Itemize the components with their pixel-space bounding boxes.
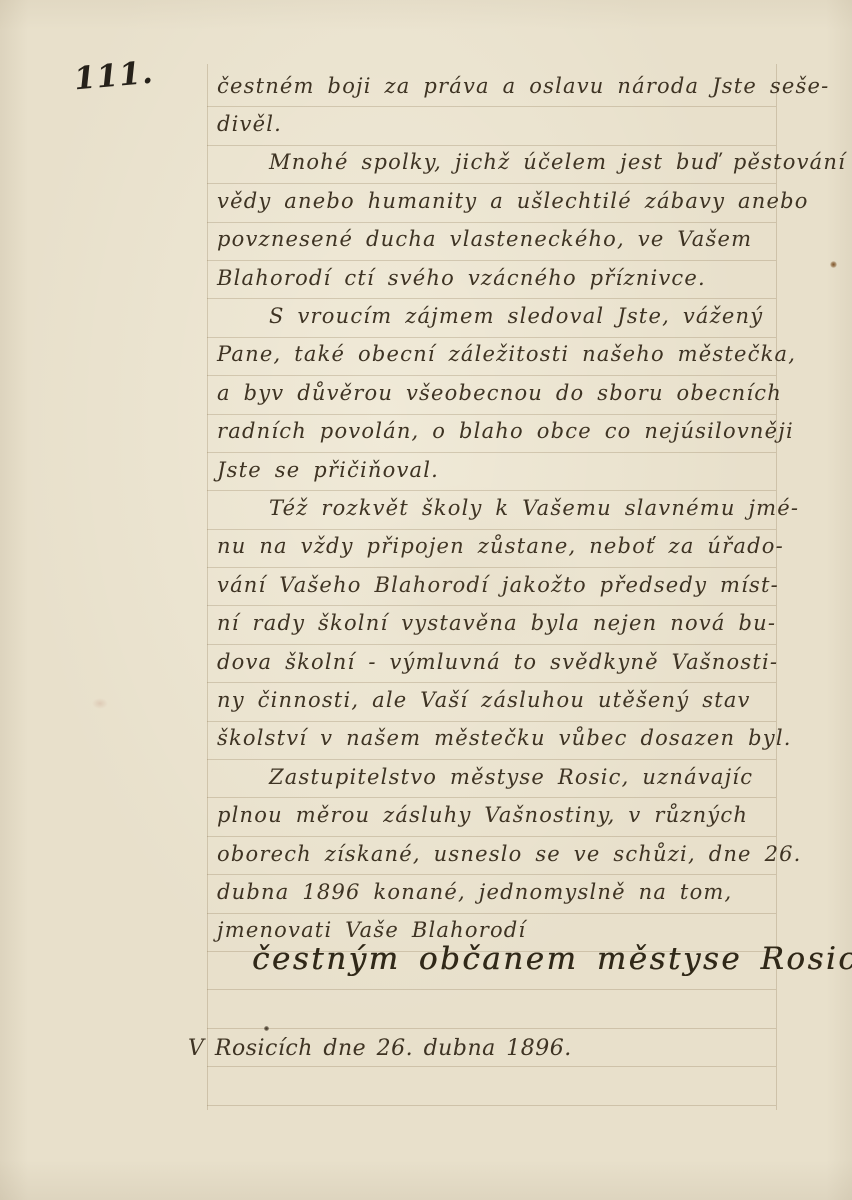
manuscript-line: S vroucím zájmem sledoval Jste, vážený: [207, 299, 776, 337]
line-text: ny činnosti, ale Vaší zásluhou utěšený s…: [217, 688, 751, 712]
line-text: S vroucím zájmem sledoval Jste, vážený: [269, 304, 763, 328]
manuscript-line: Mnohé spolky, jichž účelem jest buď pěst…: [207, 146, 776, 184]
empty-ruled-line: [207, 990, 776, 1028]
manuscript-line: a byv důvěrou všeobecnou do sboru obecní…: [207, 376, 776, 414]
manuscript-line: divěl.: [207, 107, 776, 145]
line-text: divěl.: [217, 112, 282, 136]
manuscript-line: čestném boji za práva a oslavu národa Js…: [207, 69, 776, 107]
foxing-spot: [830, 261, 837, 268]
manuscript-line: vědy anebo humanity a ušlechtilé zábavy …: [207, 184, 776, 222]
manuscript-line: Pane, také obecní záležitosti našeho měs…: [207, 338, 776, 376]
manuscript-line: plnou měrou zásluhy Vašnostiny, v různýc…: [207, 798, 776, 836]
manuscript-line: školství v našem městečku vůbec dosazen …: [207, 722, 776, 760]
line-text: oborech získané, usneslo se ve schůzi, d…: [217, 842, 802, 866]
manuscript-line: Blahorodí ctí svého vzácného příznivce.: [207, 261, 776, 299]
manuscript-line: oborech získané, usneslo se ve schůzi, d…: [207, 837, 776, 875]
date-place-line: V Rosicích dne 26. dubna 1896.: [188, 1036, 572, 1061]
line-text: dubna 1896 konané, jednomyslně na tom,: [217, 880, 732, 904]
line-text: Mnohé spolky, jichž účelem jest buď pěst…: [269, 150, 846, 174]
manuscript-line: povznesené ducha vlasteneckého, ve Vašem: [207, 223, 776, 261]
ink-dot: [264, 1026, 269, 1031]
line-text: jmenovati Vaše Blahorodí: [217, 918, 526, 942]
manuscript-line: Zastupitelstvo městyse Rosic, uznávajíc: [207, 760, 776, 798]
paper-stain: [330, 480, 590, 680]
paper-smudge: [92, 698, 108, 709]
line-text: školství v našem městečku vůbec dosazen …: [217, 726, 792, 750]
line-text: radních povolán, o blaho obce co nejúsil…: [217, 419, 794, 443]
line-text: Zastupitelstvo městyse Rosic, uznávajíc: [269, 765, 753, 789]
manuscript-line: ny činnosti, ale Vaší zásluhou utěšený s…: [207, 683, 776, 721]
manuscript-line: radních povolán, o blaho obce co nejúsil…: [207, 415, 776, 453]
line-text: čestném boji za práva a oslavu národa Js…: [217, 74, 829, 98]
empty-ruled-line: [207, 1067, 776, 1105]
line-text: Blahorodí ctí svého vzácného příznivce.: [217, 266, 706, 290]
line-text: plnou měrou zásluhy Vašnostiny, v různýc…: [217, 803, 748, 827]
line-text: a byv důvěrou všeobecnou do sboru obecní…: [217, 381, 782, 405]
line-text: Pane, také obecní záležitosti našeho měs…: [217, 342, 796, 366]
line-text: vědy anebo humanity a ušlechtilé zábavy …: [217, 189, 809, 213]
honor-title-line: čestným občanem městyse Rosic.: [252, 941, 852, 977]
line-text: Jste se přičiňoval.: [217, 458, 439, 482]
line-text: povznesené ducha vlasteneckého, ve Vašem: [217, 227, 752, 251]
page-number: 111.: [73, 55, 155, 98]
manuscript-page: 111. čestném boji za práva a oslavu náro…: [0, 0, 852, 1200]
manuscript-line: dubna 1896 konané, jednomyslně na tom,: [207, 875, 776, 913]
